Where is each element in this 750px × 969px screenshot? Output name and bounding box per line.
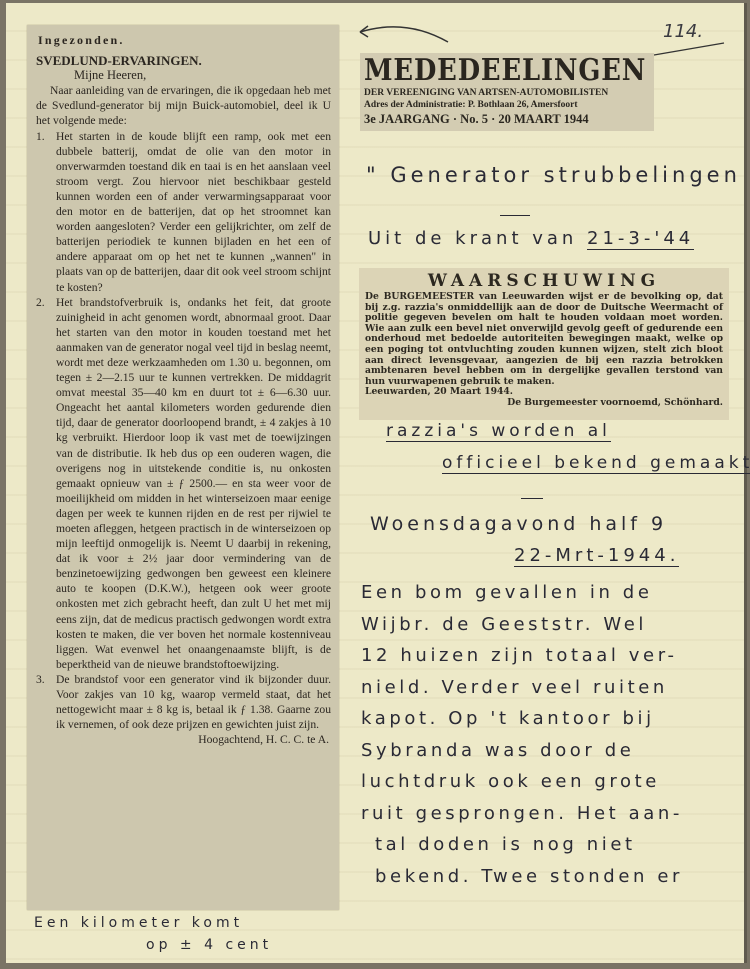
masthead-clipping: MEDEDEELINGEN DER VEREENIGING VAN ARTSEN… bbox=[360, 53, 654, 131]
item-text: Het starten in de koude blijft een ramp,… bbox=[56, 129, 331, 295]
newspaper-source: Uit de krant van 21-3-'44 bbox=[368, 228, 694, 249]
item-text: Het brandstofverbruik is, ondanks het fe… bbox=[56, 295, 331, 672]
warning-title: WAARSCHUWING bbox=[365, 270, 723, 292]
masthead-title: MEDEDEELINGEN bbox=[364, 55, 610, 87]
svedlund-clipping: Ingezonden. SVEDLUND-ERVARINGEN. Mijne H… bbox=[27, 25, 339, 910]
item-number: 2. bbox=[36, 295, 56, 672]
diary-line: luchtdruk ook een grote bbox=[361, 766, 683, 798]
signature: Hoogachtend, H. C. C. te A. bbox=[36, 732, 331, 747]
diary-line: Een bom gevallen in de bbox=[361, 577, 683, 609]
diary-line: Sybranda was door de bbox=[361, 735, 683, 767]
item-text: De brandstof voor een generator vind ik … bbox=[56, 672, 331, 732]
arrow-left-icon bbox=[356, 18, 456, 48]
warning-signature: De Burgemeester voornoemd, Schönhard. bbox=[365, 398, 723, 409]
comment-line1: razzia's worden al bbox=[386, 421, 611, 442]
masthead-address: Adres der Administratie: P. Bothlaan 26,… bbox=[364, 99, 650, 111]
item-number: 3. bbox=[36, 672, 56, 732]
handwritten-note-line2: op ± 4 cent bbox=[146, 937, 272, 953]
diary-line: bekend. Twee stonden er bbox=[361, 861, 683, 893]
diary-line: Wijbr. de Geeststr. Wel bbox=[361, 609, 683, 641]
warning-clipping: WAARSCHUWING De BURGEMEESTER van Leeuwar… bbox=[359, 268, 729, 420]
list-item: 2. Het brandstofverbruik is, ondanks het… bbox=[36, 295, 331, 672]
diary-line: ruit gesprongen. Het aan- bbox=[361, 798, 683, 830]
item-number: 1. bbox=[36, 129, 56, 295]
list-item: 1. Het starten in de koude blijft een ra… bbox=[36, 129, 331, 295]
warning-body: De BURGEMEESTER van Leeuwarden wijst er … bbox=[365, 292, 723, 387]
pointer-line bbox=[652, 39, 727, 59]
source-date: 21-3-'44 bbox=[587, 228, 694, 250]
diary-line: kapot. Op 't kantoor bij bbox=[361, 703, 683, 735]
diary-text: Een bom gevallen in de Wijbr. de Geestst… bbox=[361, 577, 683, 892]
masthead-subtitle: DER VEREENIGING VAN ARTSEN-AUTOMOBILISTE… bbox=[364, 87, 650, 99]
divider bbox=[500, 215, 530, 216]
list-item: 3. De brandstof voor een generator vind … bbox=[36, 672, 331, 732]
diary-date: 22-Mrt-1944. bbox=[514, 545, 679, 567]
intro-paragraph: Naar aanleiding van de ervaringen, die i… bbox=[36, 83, 331, 128]
salutation: Mijne Heeren, bbox=[36, 68, 331, 83]
diary-line: nield. Verder veel ruiten bbox=[361, 672, 683, 704]
handwritten-heading: " Generator strubbelingen ! bbox=[366, 163, 750, 187]
diary-line: 12 huizen zijn totaal ver- bbox=[361, 640, 683, 672]
section-label: Ingezonden. bbox=[38, 33, 331, 48]
source-prefix: Uit de krant van bbox=[368, 228, 587, 249]
handwritten-note-line1: Een kilometer komt bbox=[34, 915, 243, 931]
diary-heading: Woensdagavond half 9 bbox=[370, 513, 667, 535]
clipping-title: SVEDLUND-ERVARINGEN. bbox=[36, 53, 331, 68]
scrapbook-page: Ingezonden. SVEDLUND-ERVARINGEN. Mijne H… bbox=[6, 3, 747, 963]
masthead-issue: 3e JAARGANG · No. 5 · 20 MAART 1944 bbox=[364, 111, 650, 127]
diary-line: tal doden is nog niet bbox=[361, 829, 683, 861]
comment-line2: officieel bekend gemaakt! bbox=[442, 453, 750, 474]
divider bbox=[521, 498, 543, 499]
